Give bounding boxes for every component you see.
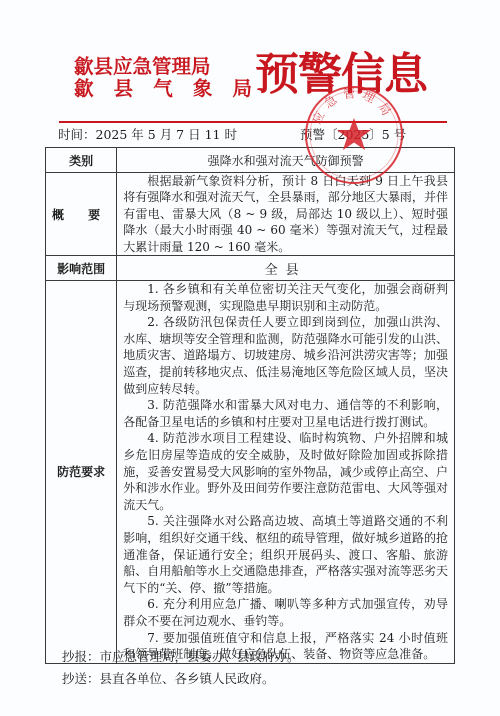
- issue-time: 时间：2025 年 5 月 7 日 11 时: [58, 126, 237, 144]
- issue-time-value: 2025 年 5 月 7 日 11 时: [96, 127, 237, 142]
- measures-cell: 1. 各乡镇和有关单位密切关注天气变化，加强会商研判与现场预警观测，实现隐患早期…: [117, 281, 455, 664]
- warning-table: 类别 强降水和强对流天气防御预警 概 要 根据最新气象资料分析，预计 8 日白天…: [45, 147, 455, 664]
- org-char: 象: [193, 78, 213, 100]
- org-char: 县: [114, 78, 134, 100]
- document-title: 预警信息: [255, 50, 427, 100]
- copy-to-label: 抄送：: [62, 671, 100, 686]
- measures-label: 防范要求: [46, 281, 117, 664]
- header-divider: [59, 121, 447, 123]
- table-row-scope: 影响范围 全县: [46, 256, 455, 281]
- org-char: 气: [153, 78, 173, 100]
- org-emergency-bureau: 歙县应急管理局: [74, 56, 254, 78]
- summary-label: 概 要: [46, 173, 117, 256]
- table-row-summary: 概 要 根据最新气象资料分析，预计 8 日白天到 9 日上午我县将有强降水和强对…: [46, 173, 455, 256]
- measure-item: 4. 防范涉水项目工程建设、临时构筑物、户外招牌和城乡危旧房屋等造成的安全威胁，…: [123, 430, 448, 513]
- table-row-measures: 防范要求 1. 各乡镇和有关单位密切关注天气变化，加强会商研判与现场预警观测，实…: [46, 281, 455, 664]
- document-meta: 时间：2025 年 5 月 7 日 11 时 预警〔2025〕5 号: [58, 126, 448, 144]
- org-char: 局: [232, 78, 252, 100]
- copy-to-value: 县直各单位、各乡镇人民政府。: [100, 671, 275, 686]
- measure-item: 1. 各乡镇和有关单位密切关注天气变化，加强会商研判与现场预警观测，实现隐患早期…: [123, 281, 448, 314]
- copy-to: 抄送：县直各单位、各乡镇人民政府。: [62, 668, 300, 690]
- measure-item: 5. 关注强降水对公路高边坡、高填土等道路交通的不利影响，组织好交通干线、枢纽的…: [123, 513, 448, 596]
- issuing-organizations: 歙县应急管理局 歙 县 气 象 局: [74, 56, 254, 100]
- report-to-label: 抄报：: [62, 649, 100, 664]
- measure-item: 2. 各级防汛包保责任人要立即到岗到位，加强山洪沟、水库、塘坝等安全管理和监测，…: [123, 314, 448, 397]
- report-to-value: 市应急管理局，县委办、县政府办。: [100, 649, 300, 664]
- document-header: 歙县应急管理局 歙 县 气 象 局 预警信息: [0, 0, 500, 125]
- report-to: 抄报：市应急管理局，县委办、县政府办。: [62, 646, 300, 668]
- scope-label: 影响范围: [46, 256, 117, 281]
- scope-value: 全县: [265, 263, 307, 278]
- org-meteorological-bureau: 歙 县 气 象 局: [74, 78, 252, 100]
- measure-item: 6. 充分利用应急广播、喇叭等多种方式加强宣传，劝导群众不要在河边观水、垂钓等。: [123, 596, 448, 629]
- summary-cell: 根据最新气象资料分析，预计 8 日白天到 9 日上午我县将有强降水和强对流天气，…: [117, 173, 455, 256]
- category-value: 强降水和强对流天气防御预警: [117, 148, 455, 173]
- document-number: 预警〔2025〕5 号: [300, 126, 406, 144]
- summary-text: 根据最新气象资料分析，预计 8 日白天到 9 日上午我县将有强降水和强对流天气，…: [123, 173, 448, 255]
- scope-cell: 全县: [117, 256, 455, 281]
- distribution-footer: 抄报：市应急管理局，县委办、县政府办。 抄送：县直各单位、各乡镇人民政府。: [62, 646, 300, 690]
- issue-time-label: 时间：: [58, 127, 96, 142]
- category-label: 类别: [46, 148, 117, 173]
- measure-item: 3. 防范强降水和雷暴大风对电力、通信等的不利影响，各配备卫星电话的乡镇和村庄要…: [123, 397, 448, 430]
- table-row-category: 类别 强降水和强对流天气防御预警: [46, 148, 455, 173]
- org-char: 歙: [74, 78, 94, 100]
